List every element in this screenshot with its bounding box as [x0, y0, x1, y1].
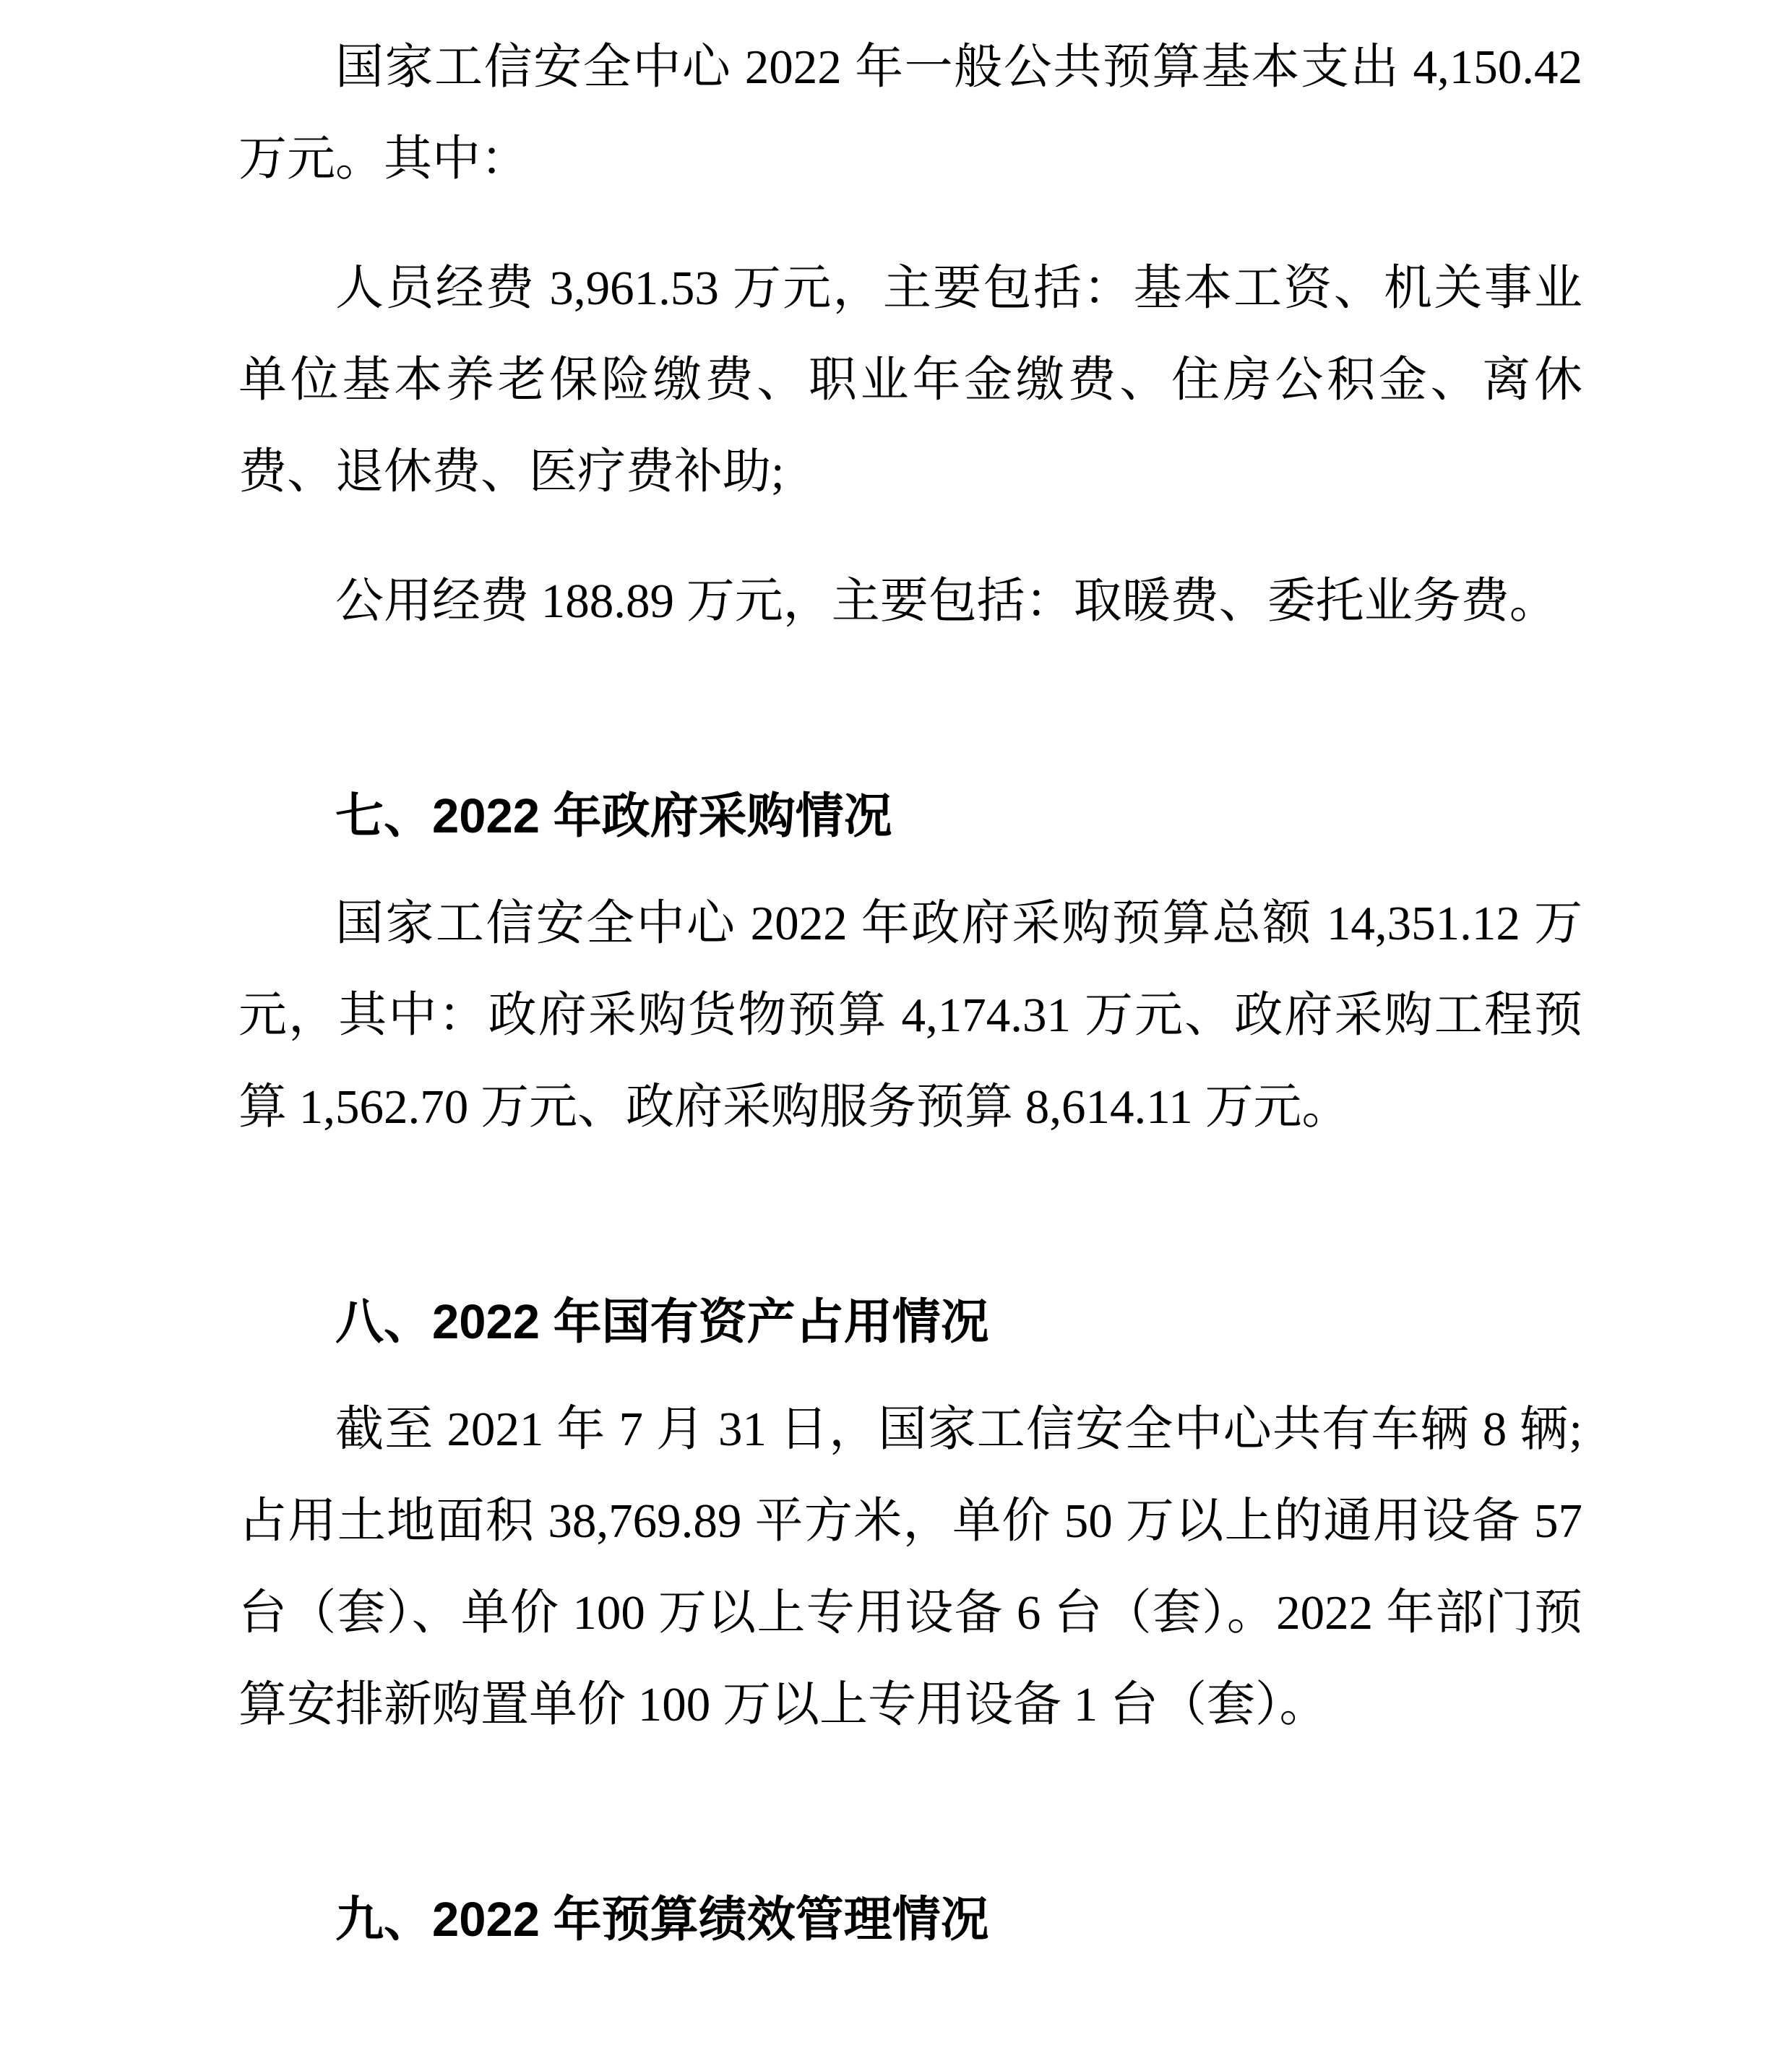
heading-section-7-government-procurement: 七、2022 年政府采购情况	[238, 770, 1582, 862]
paragraph-basic-expenditure-total: 国家工信安全中心 2022 年一般公共预算基本支出 4,150.42 万元。其中…	[238, 22, 1582, 205]
paragraph-procurement-budget-detail: 国家工信安全中心 2022 年政府采购预算总额 14,351.12 万元，其中：…	[238, 878, 1582, 1153]
document-page: 国家工信安全中心 2022 年一般公共预算基本支出 4,150.42 万元。其中…	[0, 0, 1792, 2066]
paragraph-state-owned-assets-detail: 截至 2021 年 7 月 31 日，国家工信安全中心共有车辆 8 辆;占用土地…	[238, 1384, 1582, 1751]
paragraph-public-funds: 公用经费 188.89 万元，主要包括：取暖费、委托业务费。	[238, 556, 1582, 647]
paragraph-personnel-funds: 人员经费 3,961.53 万元，主要包括：基本工资、机关事业单位基本养老保险缴…	[238, 243, 1582, 518]
heading-section-9-budget-performance: 九、2022 年预算绩效管理情况	[238, 1874, 1582, 1966]
heading-section-8-state-owned-assets: 八、2022 年国有资产占用情况	[238, 1276, 1582, 1368]
